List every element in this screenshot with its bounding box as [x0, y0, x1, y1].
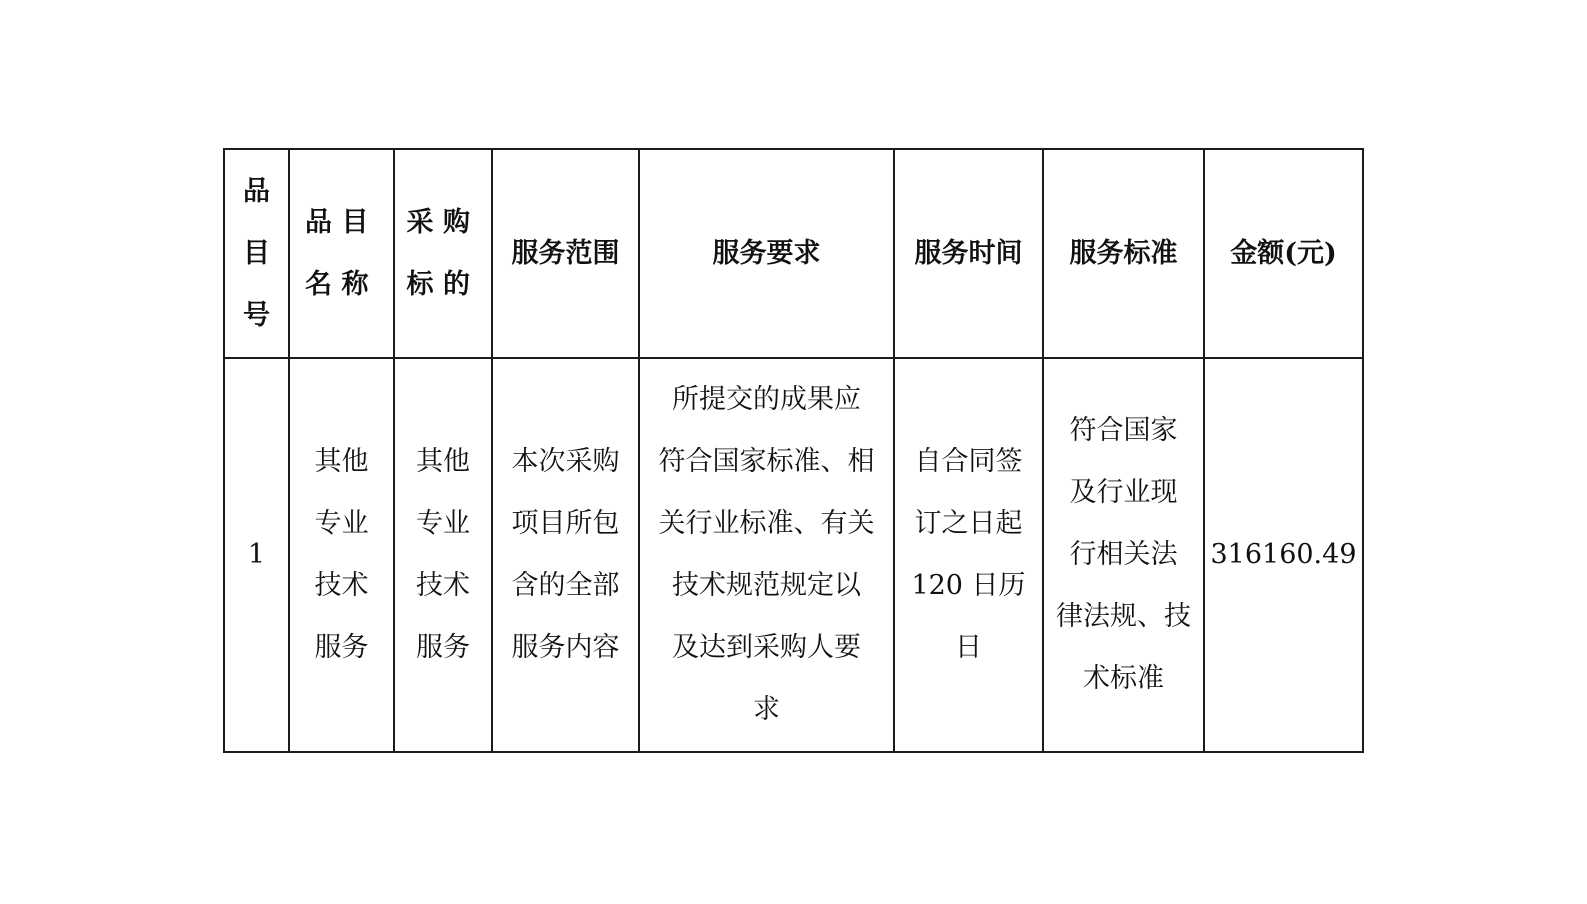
cell-item-name: 其他 专业 技术 服务: [289, 358, 394, 752]
header-service-scope: 服务范围: [492, 149, 639, 358]
header-item-no: 品 目 号: [224, 149, 289, 358]
header-service-standard: 服务标准: [1043, 149, 1204, 358]
header-service-time: 服务时间: [894, 149, 1043, 358]
header-procurement-target: 采购 标的: [394, 149, 492, 358]
header-service-requirements: 服务要求: [639, 149, 894, 358]
document-page: 品 目 号 品目 名称 采购 标的 服务范围 服务要求 服务时间 服务标准 金额…: [0, 0, 1587, 904]
cell-service-time: 自合同签 订之日起 120 日历 日: [894, 358, 1043, 752]
table-header-row: 品 目 号 品目 名称 采购 标的 服务范围 服务要求 服务时间 服务标准 金额…: [224, 149, 1363, 358]
cell-service-scope: 本次采购 项目所包 含的全部 服务内容: [492, 358, 639, 752]
header-amount-yuan: 金额(元): [1204, 149, 1363, 358]
procurement-items-table: 品 目 号 品目 名称 采购 标的 服务范围 服务要求 服务时间 服务标准 金额…: [223, 148, 1364, 753]
cell-item-no: 1: [224, 358, 289, 752]
cell-service-standard: 符合国家 及行业现 行相关法 律法规、技 术标准: [1043, 358, 1204, 752]
cell-amount-yuan: 316160.49: [1204, 358, 1363, 752]
header-item-name: 品目 名称: [289, 149, 394, 358]
table-row: 1 其他 专业 技术 服务 其他 专业 技术 服务 本次采购 项目所包 含的全部…: [224, 358, 1363, 752]
cell-procurement-target: 其他 专业 技术 服务: [394, 358, 492, 752]
cell-service-requirements: 所提交的成果应 符合国家标准、相 关行业标准、有关 技术规范规定以 及达到采购人…: [639, 358, 894, 752]
